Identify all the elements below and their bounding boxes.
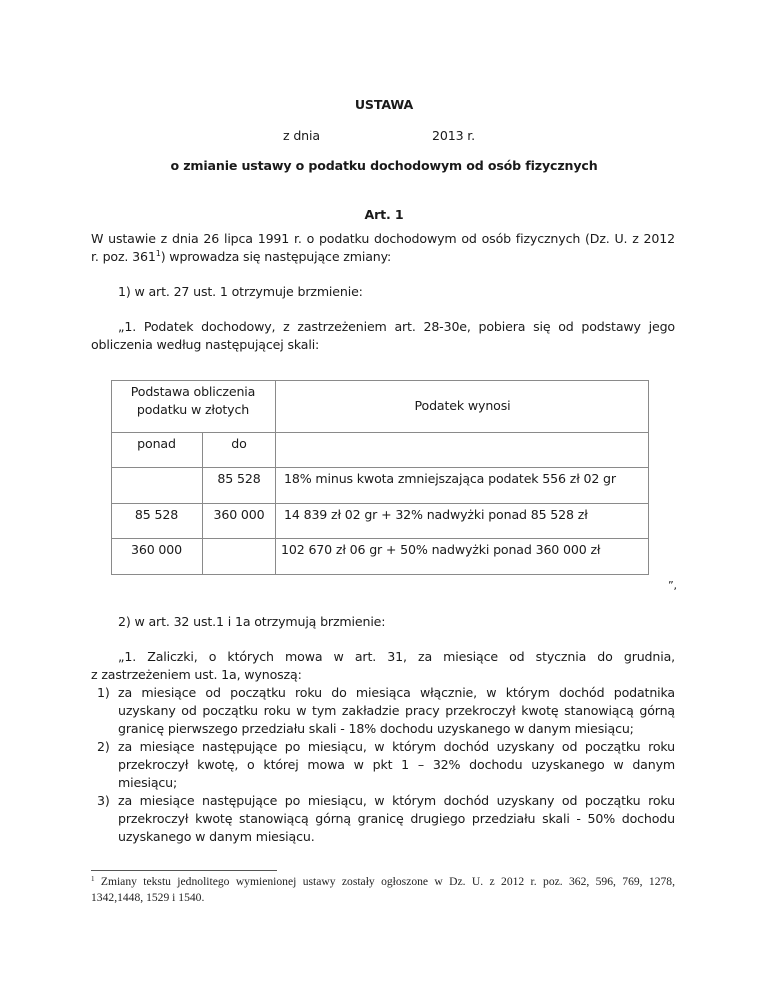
- intro-line-2-text: r. poz. 361: [91, 249, 156, 264]
- row-3-over: 360 000: [111, 541, 202, 559]
- subheader-to: do: [203, 435, 275, 453]
- point-3-line-1: za miesiące następujące po miesiącu, w k…: [118, 792, 675, 810]
- row-2-over: 85 528: [111, 506, 202, 524]
- change-2-text-line-1: „1. Zaliczki, o których mowa w art. 31, …: [118, 648, 675, 666]
- subheader-over: ponad: [111, 435, 202, 453]
- intro-line-2: r. poz. 3611) wprowadza się następujące …: [91, 248, 391, 266]
- point-2-line-2: przekroczył kwotę, o której mowa w pkt 1…: [118, 756, 675, 774]
- document-title: USTAWA: [0, 96, 768, 114]
- change-2-heading: 2) w art. 32 ust.1 i 1a otrzymują brzmie…: [118, 613, 385, 631]
- table-rule: [111, 503, 649, 504]
- date-prefix: z dnia: [283, 127, 320, 145]
- point-3-line-2: przekroczył kwotę stanowiącą górną grani…: [118, 810, 675, 828]
- point-3-number: 3): [97, 792, 110, 810]
- header-base-line-2: podatku w złotych: [111, 401, 275, 419]
- footnote-line-1: 1 Zmiany tekstu jednolitego wymienionej …: [91, 874, 675, 889]
- change-1-text-line-2: obliczenia według następującej skali:: [91, 336, 319, 354]
- table-rule: [202, 432, 203, 575]
- footnote-text: Zmiany tekstu jednolitego wymienionej us…: [101, 875, 675, 888]
- change-1-text-line-1: „1. Podatek dochodowy, z zastrzeżeniem a…: [118, 318, 675, 336]
- change-2-text-line-2: z zastrzeżeniem ust. 1a, wynoszą:: [91, 666, 302, 684]
- table-rule: [111, 432, 649, 433]
- closing-quote: ”,: [668, 577, 677, 595]
- row-1-tax: 18% minus kwota zmniejszająca podatek 55…: [284, 470, 616, 488]
- intro-line-1: W ustawie z dnia 26 lipca 1991 r. o poda…: [91, 230, 675, 248]
- header-base-line-1: Podstawa obliczenia: [111, 383, 275, 401]
- point-1-number: 1): [97, 684, 110, 702]
- row-1-to: 85 528: [203, 470, 275, 488]
- document-subtitle: o zmianie ustawy o podatku dochodowym od…: [0, 157, 768, 175]
- point-2-number: 2): [97, 738, 110, 756]
- point-2-line-1: za miesiące następujące po miesiącu, w k…: [118, 738, 675, 756]
- footnote-separator: [91, 870, 277, 871]
- article-heading: Art. 1: [0, 206, 768, 224]
- row-2-tax: 14 839 zł 02 gr + 32% nadwyżki ponad 85 …: [284, 506, 588, 524]
- row-3-tax: 102 670 zł 06 gr + 50% nadwyżki ponad 36…: [281, 541, 600, 559]
- table-rule: [111, 538, 649, 539]
- point-3-line-3: uzyskanego w danym miesiącu.: [118, 828, 315, 846]
- footnote-line-2: 1342,1448, 1529 i 1540.: [91, 890, 204, 905]
- date-year: 2013 r.: [432, 127, 475, 145]
- row-2-to: 360 000: [203, 506, 275, 524]
- header-tax: Podatek wynosi: [276, 397, 649, 415]
- point-2-line-3: miesiącu;: [118, 774, 177, 792]
- intro-line-2-tail: ) wprowadza się następujące zmiany:: [161, 249, 391, 264]
- point-1-line-2: uzyskany od początku roku w tym zakładzi…: [118, 702, 675, 720]
- change-1-heading: 1) w art. 27 ust. 1 otrzymuje brzmienie:: [118, 283, 363, 301]
- point-1-line-3: granicę pierwszego przedziału skali - 18…: [118, 720, 634, 738]
- table-rule: [111, 467, 649, 468]
- point-1-line-1: za miesiące od początku roku do miesiąca…: [118, 684, 675, 702]
- footnote-marker: 1: [91, 875, 95, 883]
